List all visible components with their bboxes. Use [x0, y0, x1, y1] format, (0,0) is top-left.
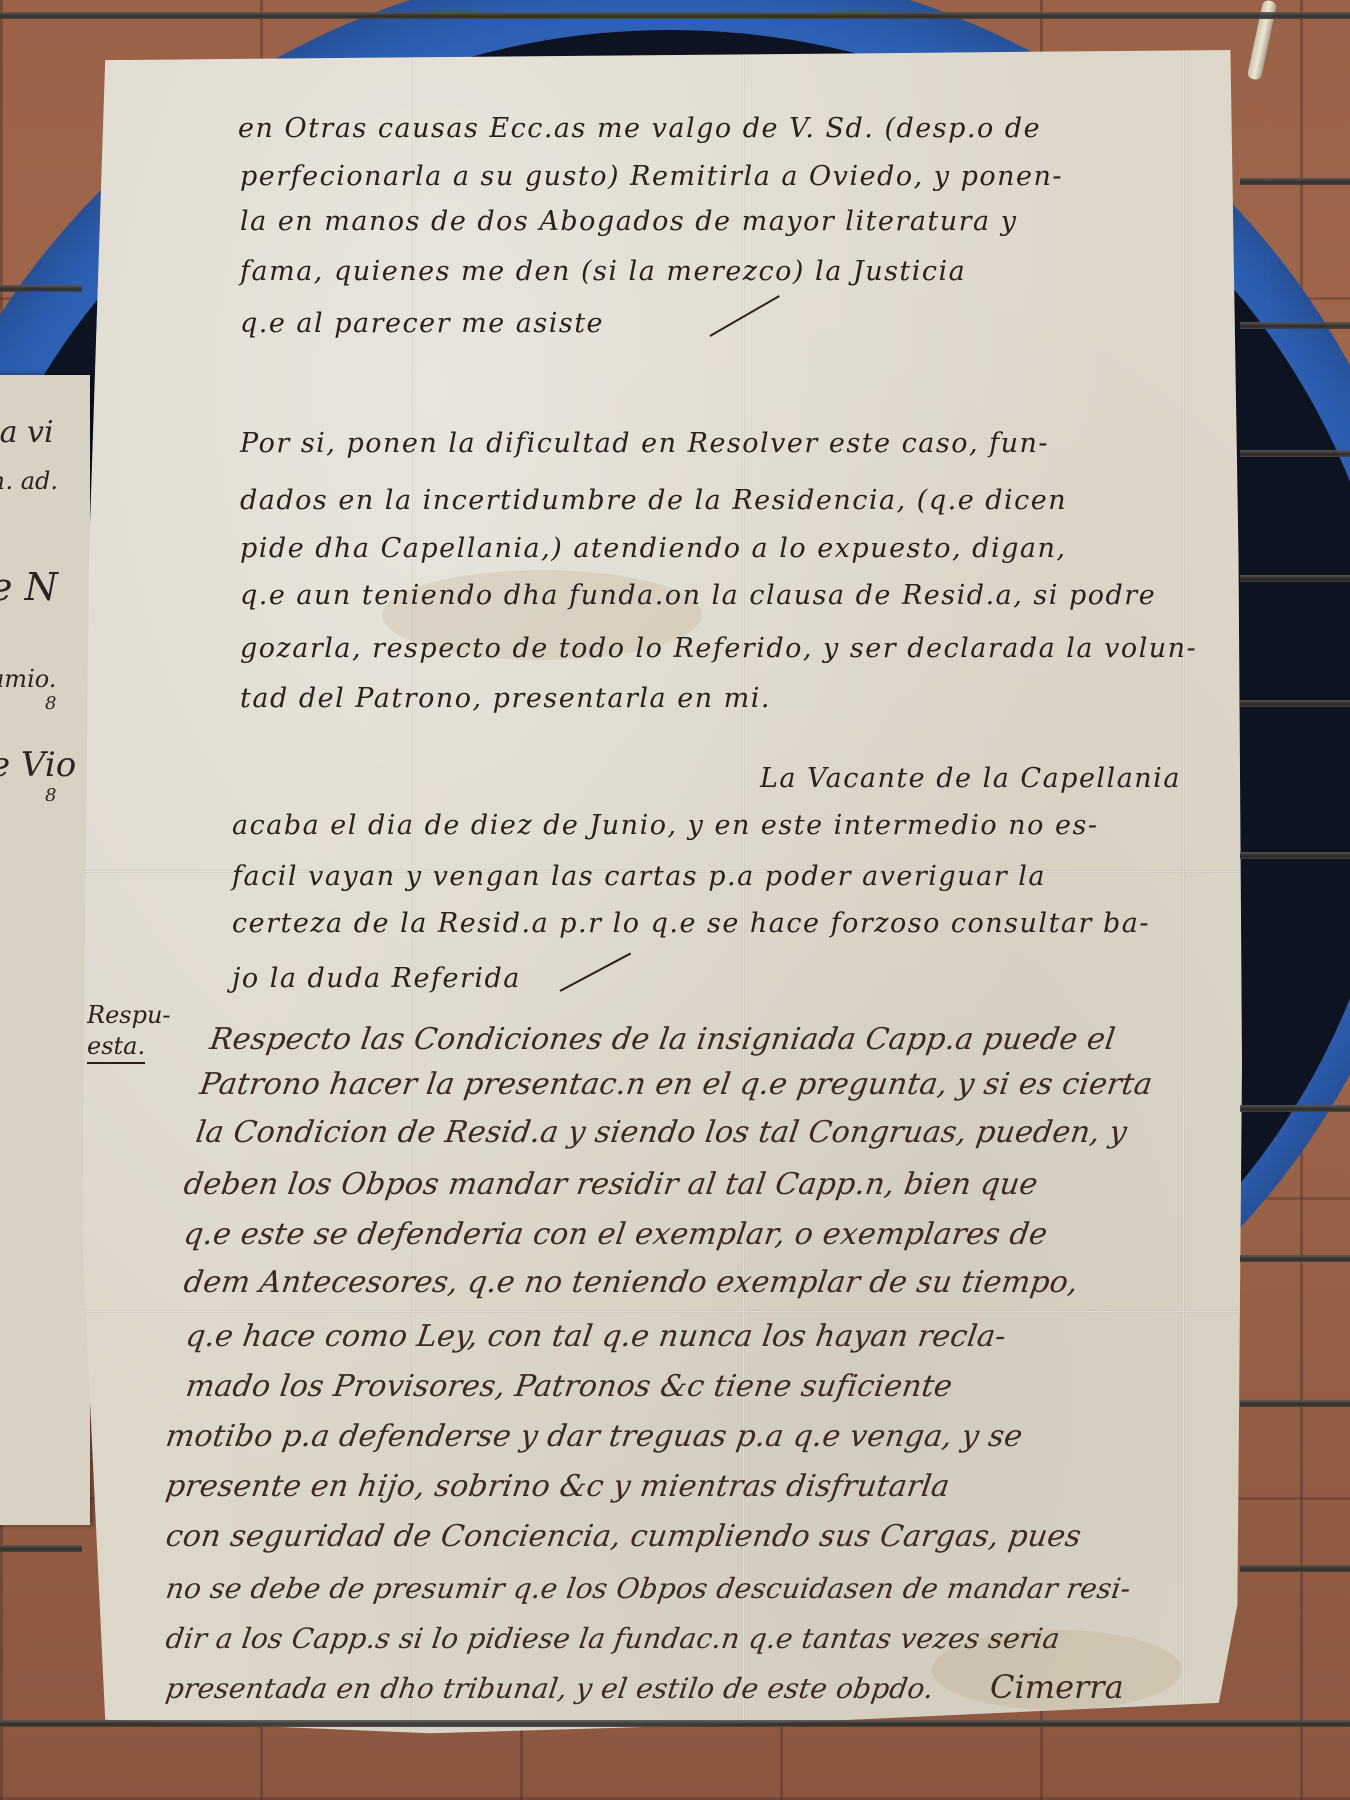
- back-fragment: h. ad.: [0, 467, 58, 495]
- grill-bar: [0, 285, 82, 292]
- grill-bar: [0, 12, 1350, 19]
- grill-bar: [1240, 450, 1350, 457]
- text-line: mado los Provisores, Patronos &c tiene s…: [184, 1372, 954, 1402]
- text-line: dem Antecesores, q.e no teniendo exempla…: [182, 1268, 1080, 1298]
- text-line: q.e al parecer me asiste: [240, 310, 604, 337]
- grill-bar: [1240, 852, 1350, 859]
- signature: Cimerra: [990, 1668, 1124, 1706]
- photo-scene: ia vi h. ad. e N amio. 8 e Vio 8 en Otra…: [0, 0, 1350, 1800]
- back-fragment: e Vio: [0, 745, 76, 785]
- grill-bar: [1240, 322, 1350, 329]
- fold-crease: [1182, 50, 1185, 1740]
- text-line: q.e hace como Ley, con tal q.e nunca los…: [184, 1322, 1008, 1352]
- text-line: la en manos de dos Abogados de mayor lit…: [240, 208, 1018, 235]
- grill-bar: [1240, 700, 1350, 707]
- text-line: en Otras causas Ecc.as me valgo de V. Sd…: [238, 115, 1041, 142]
- text-line: La Vacante de la Capellania: [760, 765, 1181, 792]
- back-fragment: amio.: [0, 665, 56, 693]
- margin-note-line: esta.: [87, 1031, 145, 1064]
- margin-note-respuesta: Respu- esta.: [87, 1000, 171, 1064]
- back-page-fragment: ia vi h. ad. e N amio. 8 e Vio 8: [0, 375, 90, 1525]
- text-line: pide dha Capellania,) atendiendo a lo ex…: [240, 535, 1066, 562]
- grill-bar: [1240, 1400, 1350, 1407]
- text-line: motibo p.a defenderse y dar treguas p.a …: [164, 1422, 1024, 1452]
- grill-bar: [1240, 178, 1350, 185]
- grill-bar: [0, 1545, 82, 1552]
- back-fragment: e N: [0, 565, 58, 609]
- text-line: Patrono hacer la presentac.n en el q.e p…: [198, 1070, 1154, 1100]
- text-line: presentada en dho tribunal, y el estilo …: [164, 1675, 935, 1703]
- text-line: jo la duda Referida: [232, 965, 521, 992]
- back-fragment: 8: [45, 693, 56, 714]
- text-line: certeza de la Resid.a p.r lo q.e se hace…: [232, 910, 1150, 937]
- text-line: presente en hijo, sobrino &c y mientras …: [164, 1472, 952, 1502]
- text-line: tad del Patrono, presentarla en mi.: [240, 685, 771, 712]
- grill-bar: [1240, 1105, 1350, 1112]
- grill-bar: [1240, 575, 1350, 582]
- text-line: deben los Obpos mandar residir al tal Ca…: [182, 1170, 1040, 1200]
- fold-crease: [82, 1310, 1242, 1313]
- grill-bar: [1240, 1255, 1350, 1262]
- text-line: con seguridad de Conciencia, cumpliendo …: [164, 1522, 1083, 1552]
- text-line: la Condicion de Resid.a y siendo los tal…: [194, 1118, 1129, 1148]
- text-line: fama, quienes me den (si la merezco) la …: [240, 258, 966, 285]
- text-line: Por si, ponen la dificultad en Resolver …: [240, 430, 1049, 457]
- margin-note-line: Respu-: [87, 1000, 171, 1031]
- text-line: acaba el dia de diez de Junio, y en este…: [232, 812, 1098, 839]
- text-line: q.e aun teniendo dha funda.on la clausa …: [240, 582, 1156, 609]
- back-fragment: ia vi: [0, 415, 54, 450]
- grill-bar: [0, 1720, 1350, 1727]
- text-line: q.e este se defenderia con el exemplar, …: [182, 1220, 1049, 1250]
- text-line: dir a los Capp.s si lo pidiese la fundac…: [164, 1625, 1062, 1653]
- text-line: dados en la incertidumbre de la Residenc…: [240, 487, 1067, 514]
- back-fragment: 8: [45, 785, 56, 806]
- text-line: no se debe de presumir q.e los Obpos des…: [164, 1575, 1132, 1603]
- text-line: gozarla, respecto de todo lo Referido, y…: [240, 635, 1197, 662]
- text-line: Respecto las Condiciones de la insigniad…: [208, 1025, 1117, 1055]
- text-line: facil vayan y vengan las cartas p.a pode…: [232, 863, 1046, 890]
- text-line: perfecionarla a su gusto) Remitirla a Ov…: [240, 163, 1063, 190]
- grill-bar: [1240, 1565, 1350, 1572]
